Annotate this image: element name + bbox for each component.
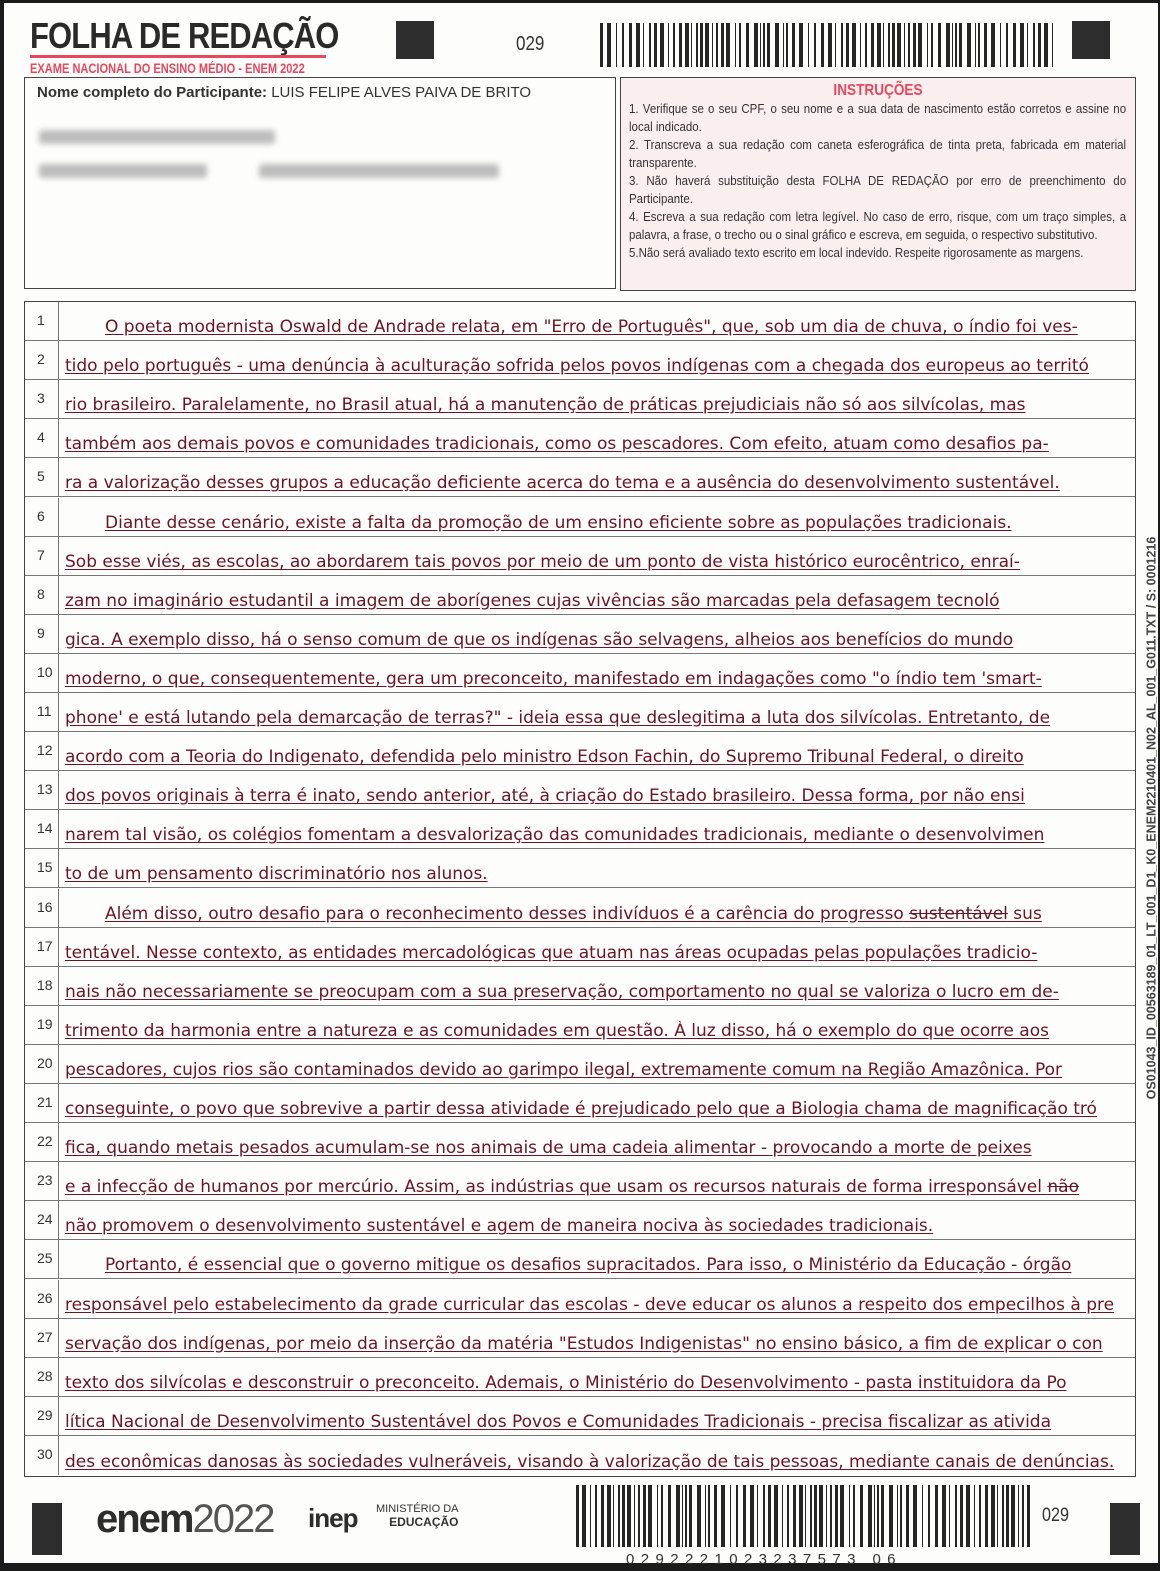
line-number: 11 — [25, 693, 59, 731]
line-number: 26 — [25, 1280, 59, 1318]
essay-line: 27servação dos indígenas, por meio da in… — [25, 1319, 1135, 1358]
line-number: 8 — [25, 576, 59, 614]
essay-line: 24não promovem o desenvolvimento sustent… — [25, 1201, 1135, 1240]
essay-line: 13dos povos originais à terra é inato, s… — [25, 771, 1135, 810]
instruction-item: 3. Não haverá substituição desta FOLHA D… — [629, 172, 1126, 208]
line-text: tentável. Nesse contexto, as entidades m… — [65, 943, 1131, 963]
registration-number-redacted — [39, 130, 275, 144]
line-text: Sob esse viés, as escolas, ao abordarem … — [65, 552, 1131, 572]
essay-line: 10moderno, o que, consequentemente, gera… — [25, 654, 1135, 693]
line-number: 20 — [25, 1045, 59, 1083]
line-number: 1 — [25, 302, 59, 340]
struck-word: sustentável — [909, 904, 1008, 924]
line-number: 12 — [25, 732, 59, 770]
essay-line: 30des econômicas danosas às sociedades v… — [25, 1436, 1135, 1475]
line-text: rio brasileiro. Paralelamente, no Brasil… — [65, 395, 1131, 415]
line-number: 29 — [25, 1397, 59, 1435]
side-tracking-code: OS01043_ID_00563189_01_LT_001_D1_K0_ENEM… — [1144, 473, 1158, 1163]
line-text: não promovem o desenvolvimento sustentáv… — [65, 1216, 1131, 1236]
essay-line: 6Diante desse cenário, existe a falta da… — [25, 498, 1135, 537]
line-text: nais não necessariamente se preocupam co… — [65, 982, 1131, 1002]
line-text: trimento da harmonia entre a natureza e … — [65, 1021, 1131, 1041]
line-number: 3 — [25, 380, 59, 418]
line-number: 14 — [25, 810, 59, 848]
instruction-item: 4. Escreva a sua redação com letra legív… — [629, 208, 1126, 244]
line-number: 19 — [25, 1006, 59, 1044]
birthdate-redacted — [259, 164, 499, 178]
line-text: gica. A exemplo disso, há o senso comum … — [65, 630, 1131, 650]
essay-line: 7Sob esse viés, as escolas, ao abordarem… — [25, 537, 1135, 576]
sheet-title: FOLHA DE REDAÇÃO — [30, 15, 338, 57]
essay-line: 5ra a valorização desses grupos a educaç… — [25, 458, 1135, 497]
line-text: responsável pelo estabelecimento da grad… — [65, 1295, 1131, 1315]
line-text: to de um pensamento discriminatório nos … — [65, 864, 1131, 884]
essay-line: 21conseguinte, o povo que sobrevive a pa… — [25, 1084, 1135, 1123]
essay-line: 16Além disso, outro desafio para o recon… — [25, 889, 1135, 928]
line-number: 28 — [25, 1358, 59, 1396]
line-number: 9 — [25, 615, 59, 653]
line-text: acordo com a Teoria do Indigenato, defen… — [65, 747, 1131, 767]
struck-word: não — [1047, 1177, 1079, 1197]
essay-line: 17tentável. Nesse contexto, as entidades… — [25, 928, 1135, 967]
line-text: conseguinte, o povo que sobrevive a part… — [65, 1099, 1131, 1119]
line-text: Diante desse cenário, existe a falta da … — [105, 513, 1131, 533]
instructions-box: INSTRUÇÕES 1. Verifique se o seu CPF, o … — [620, 77, 1136, 291]
participant-info-box: Nome completo do Participante: LUIS FELI… — [24, 77, 616, 289]
participant-name-row: Nome completo do Participante: LUIS FELI… — [37, 84, 531, 101]
line-number: 7 — [25, 537, 59, 575]
line-text: des econômicas danosas às sociedades vul… — [65, 1452, 1131, 1472]
registration-marker-icon — [396, 21, 434, 59]
essay-line: 19trimento da harmonia entre a natureza … — [25, 1006, 1135, 1045]
line-number: 6 — [25, 498, 59, 536]
registration-marker-icon — [32, 1503, 62, 1555]
essay-line: 15to de um pensamento discriminatório no… — [25, 849, 1135, 888]
participant-name-value: LUIS FELIPE ALVES PAIVA DE BRITO — [271, 84, 531, 101]
essay-line: 20pescadores, cujos rios são contaminado… — [25, 1045, 1135, 1084]
essay-line: 18nais não necessariamente se preocupam … — [25, 967, 1135, 1006]
line-number: 4 — [25, 419, 59, 457]
registration-marker-icon — [1072, 21, 1110, 59]
line-number: 30 — [25, 1436, 59, 1475]
essay-line: 14narem tal visão, os colégios fomentam … — [25, 810, 1135, 849]
line-text: pescadores, cujos rios são contaminados … — [65, 1060, 1131, 1080]
instruction-item: 5.Não será avaliado texto escrito em loc… — [629, 244, 1126, 262]
line-text: fica, quando metais pesados acumulam-se … — [65, 1138, 1131, 1158]
essay-line: 8zam no imaginário estudantil a imagem d… — [25, 576, 1135, 615]
line-number: 25 — [25, 1240, 59, 1278]
essay-answer-sheet: FOLHA DE REDAÇÃO EXAME NACIONAL DO ENSIN… — [4, 3, 1158, 1563]
line-text: também aos demais povos e comunidades tr… — [65, 434, 1131, 454]
essay-line: 23e a infecção de humanos por mercúrio. … — [25, 1162, 1135, 1201]
line-text: dos povos originais à terra é inato, sen… — [65, 786, 1131, 806]
instruction-item: 1. Verifique se o seu CPF, o seu nome e … — [629, 100, 1126, 136]
cpf-redacted — [39, 164, 207, 178]
line-text: Portanto, é essencial que o governo miti… — [105, 1255, 1131, 1275]
essay-line: 29lítica Nacional de Desenvolvimento Sus… — [25, 1397, 1135, 1436]
ministry-logo: MINISTÉRIO DA EDUCAÇÃO — [376, 1503, 459, 1530]
sheet-code-top: 029 — [516, 33, 544, 56]
line-text: Além disso, outro desafio para o reconhe… — [105, 904, 1131, 924]
line-number: 21 — [25, 1084, 59, 1122]
line-text: lítica Nacional de Desenvolvimento Suste… — [65, 1412, 1131, 1432]
title-underline — [30, 55, 326, 58]
essay-line: 26responsável pelo estabelecimento da gr… — [25, 1280, 1135, 1319]
line-number: 24 — [25, 1201, 59, 1239]
line-number: 17 — [25, 928, 59, 966]
line-number: 27 — [25, 1319, 59, 1357]
line-number: 18 — [25, 967, 59, 1005]
essay-line: 1O poeta modernista Oswald de Andrade re… — [25, 302, 1135, 341]
line-number: 23 — [25, 1162, 59, 1200]
line-text: phone' e está lutando pela demarcação de… — [65, 708, 1131, 728]
line-text: zam no imaginário estudantil a imagem de… — [65, 591, 1131, 611]
line-number: 15 — [25, 849, 59, 887]
essay-writing-area: 1O poeta modernista Oswald de Andrade re… — [24, 301, 1136, 1477]
line-text: narem tal visão, os colégios fomentam a … — [65, 825, 1131, 845]
inep-logo: inep — [308, 1503, 357, 1534]
sheet-code-bottom: 029 — [1042, 1505, 1069, 1527]
essay-line: 28texto dos silvícolas e desconstruir o … — [25, 1358, 1135, 1397]
line-text: O poeta modernista Oswald de Andrade rel… — [105, 317, 1131, 337]
line-text: moderno, o que, consequentemente, gera u… — [65, 669, 1131, 689]
essay-line: 9gica. A exemplo disso, há o senso comum… — [25, 615, 1135, 654]
line-text: texto dos silvícolas e desconstruir o pr… — [65, 1373, 1131, 1393]
essay-line: 11phone' e está lutando pela demarcação … — [25, 693, 1135, 732]
line-number: 16 — [25, 889, 59, 927]
line-text: tido pelo português - uma denúncia à acu… — [65, 356, 1131, 376]
participant-name-label: Nome completo do Participante: — [37, 84, 267, 101]
line-number: 5 — [25, 458, 59, 496]
essay-line: 2tido pelo português - uma denúncia à ac… — [25, 341, 1135, 380]
line-number: 22 — [25, 1123, 59, 1161]
essay-line: 25Portanto, é essencial que o governo mi… — [25, 1240, 1135, 1279]
essay-line: 3rio brasileiro. Paralelamente, no Brasi… — [25, 380, 1135, 419]
instruction-item: 2. Transcreva a sua redação com caneta e… — [629, 136, 1126, 172]
line-text: servação dos indígenas, por meio da inse… — [65, 1334, 1131, 1354]
exam-subtitle: EXAME NACIONAL DO ENSINO MÉDIO - ENEM 20… — [30, 61, 305, 76]
line-text: e a infecção de humanos por mercúrio. As… — [65, 1177, 1131, 1197]
line-number: 2 — [25, 341, 59, 379]
essay-line: 4também aos demais povos e comunidades t… — [25, 419, 1135, 458]
line-number: 13 — [25, 771, 59, 809]
registration-marker-icon — [1110, 1503, 1140, 1555]
essay-line: 12acordo com a Teoria do Indigenato, def… — [25, 732, 1135, 771]
line-text: ra a valorização desses grupos a educaçã… — [65, 473, 1131, 493]
essay-line: 22fica, quando metais pesados acumulam-s… — [25, 1123, 1135, 1162]
line-number: 10 — [25, 654, 59, 692]
enem-logo: enem2022 — [96, 1497, 273, 1542]
instructions-title: INSTRUÇÕES — [666, 82, 1089, 100]
top-barcode — [600, 23, 1060, 67]
barcode-number: 0292221023237573 06 — [626, 1551, 902, 1568]
bottom-barcode — [576, 1485, 1034, 1547]
